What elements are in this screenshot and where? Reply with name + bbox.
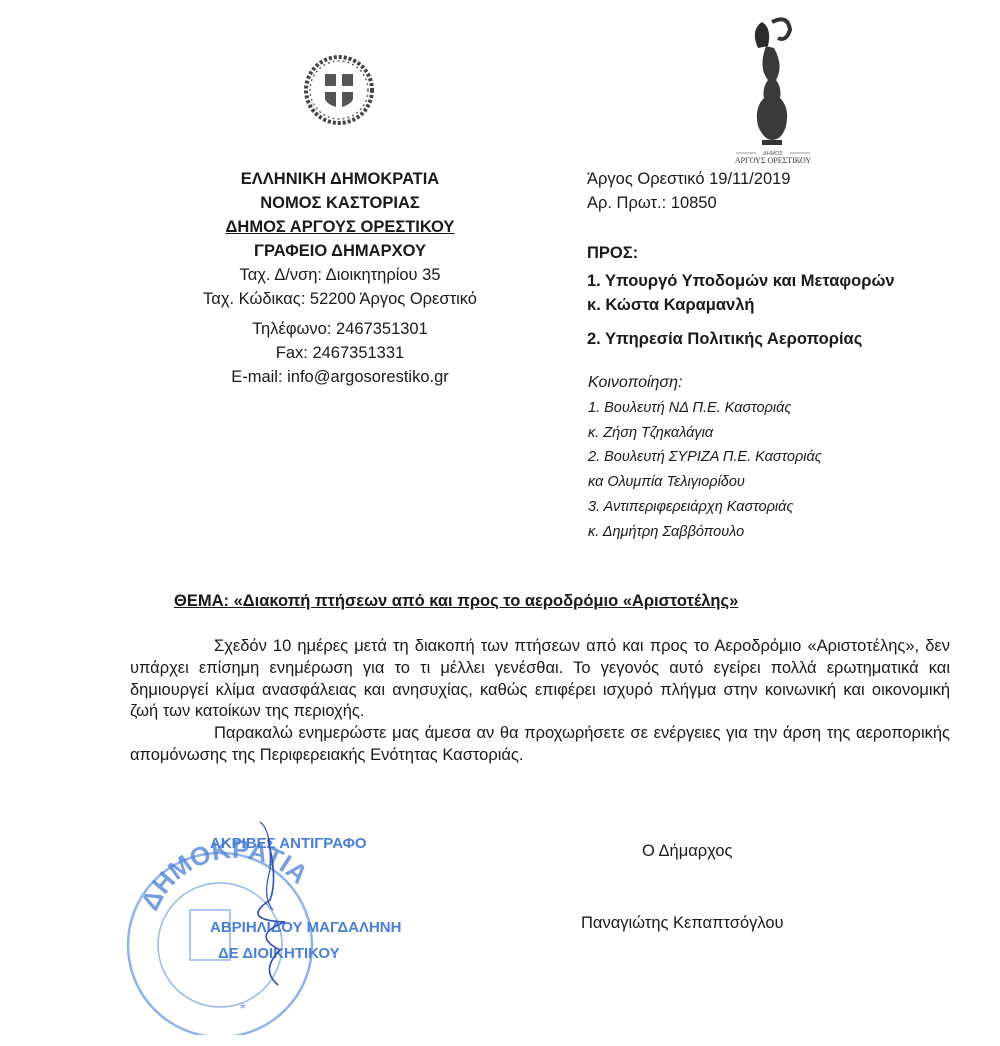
cc-label: Κοινοποίηση: [588, 370, 822, 396]
sender-postal: Ταχ. Κώδικας: 52200 Άργος Ορεστικό [190, 287, 490, 311]
svg-text:ΑΡΓΟΥΣ ΟΡΕΣΤΙΚΟΥ: ΑΡΓΟΥΣ ΟΡΕΣΤΙΚΟΥ [735, 156, 812, 165]
recipients-block: ΠΡΟΣ: 1. Υπουργό Υποδομών και Μεταφορών … [587, 241, 895, 351]
sender-email: E-mail: info@argosorestiko.gr [190, 365, 490, 389]
signature-name: Παναγιώτης Κεπαπτσόγλου [581, 914, 784, 933]
sender-prefecture: ΝΟΜΟΣ ΚΑΣΤΟΡΙΑΣ [190, 191, 490, 215]
cc-line: κ. Δημήτρη Σαββόπουλο [588, 520, 822, 545]
recipients-label: ΠΡΟΣ: [587, 241, 895, 265]
cc-line: 2. Βουλευτή ΣΥΡΙΖΑ Π.Ε. Καστοριάς [588, 445, 822, 470]
sender-fax: Fax: 2467351331 [190, 341, 490, 365]
recipient-line: 2. Υπηρεσία Πολιτικής Αεροπορίας [587, 327, 895, 351]
svg-text:*: * [240, 1000, 246, 1016]
body-paragraph: Παρακαλώ ενημερώστε μας άμεσα αν θα προχ… [130, 723, 950, 767]
recipient-line: κ. Κώστα Καραμανλή [587, 293, 895, 317]
subject-line: ΘΕΜΑ: «Διακοπή πτήσεων από και προς το α… [174, 592, 738, 611]
signature-title: Ο Δήμαρχος [642, 842, 732, 861]
municipality-logo-icon: ΔΗΜΟΣ ΑΡΓΟΥΣ ΟΡΕΣΤΙΚΟΥ [728, 8, 818, 166]
document-meta: Άργος Ορεστικό 19/11/2019 Αρ. Πρωτ.: 108… [587, 167, 790, 215]
body-paragraph: Σχεδόν 10 ημέρες μετά τη διακοπή των πτή… [130, 636, 950, 723]
sender-municipality: ΔΗΜΟΣ ΑΡΓΟΥΣ ΟΡΕΣΤΙΚΟΥ [190, 215, 490, 239]
svg-text:ΑΒΡΙΗΛΙΔΟΥ ΜΑΓΔΑΛΗΝΗ: ΑΒΡΙΗΛΙΔΟΥ ΜΑΓΔΑΛΗΝΗ [210, 919, 401, 936]
official-stamp-icon: ΔΗΜΟΚΡΑΤΙΑ * ΑΚΡΙΒΕΣ ΑΝΤΙΓΡΑΦΟ ΑΒΡΙΗΛΙΔΟ… [110, 810, 410, 1035]
sender-office: ΓΡΑΦΕΙΟ ΔΗΜΑΡΧΟΥ [190, 239, 490, 263]
svg-text:ΑΚΡΙΒΕΣ ΑΝΤΙΓΡΑΦΟ: ΑΚΡΙΒΕΣ ΑΝΤΙΓΡΑΦΟ [210, 835, 367, 852]
letter-body: Σχεδόν 10 ημέρες μετά τη διακοπή των πτή… [130, 636, 950, 767]
sender-address: Ταχ. Δ/νση: Διοικητηρίου 35 [190, 263, 490, 287]
cc-line: 1. Βουλευτή ΝΔ Π.Ε. Καστοριάς [588, 396, 822, 421]
recipient-line: 1. Υπουργό Υποδομών και Μεταφορών [587, 269, 895, 293]
cc-block: Κοινοποίηση: 1. Βουλευτή ΝΔ Π.Ε. Καστορι… [588, 370, 822, 544]
greek-coat-of-arms-icon [301, 52, 377, 128]
sender-phone: Τηλέφωνο: 2467351301 [190, 317, 490, 341]
svg-text:ΔΕ ΔΙΟΙΚΗΤΙΚΟΥ: ΔΕ ΔΙΟΙΚΗΤΙΚΟΥ [218, 945, 340, 962]
sender-country: ΕΛΛΗΝΙΚΗ ΔΗΜΟΚΡΑΤΙΑ [190, 167, 490, 191]
cc-line: κ. Ζήση Τζηκαλάγια [588, 421, 822, 446]
protocol-number: Αρ. Πρωτ.: 10850 [587, 191, 790, 215]
place-date: Άργος Ορεστικό 19/11/2019 [587, 167, 790, 191]
sender-block: ΕΛΛΗΝΙΚΗ ΔΗΜΟΚΡΑΤΙΑ ΝΟΜΟΣ ΚΑΣΤΟΡΙΑΣ ΔΗΜΟ… [190, 167, 490, 389]
cc-line: κα Ολυμπία Τελιγιορίδου [588, 470, 822, 495]
cc-line: 3. Αντιπεριφερειάρχη Καστοριάς [588, 495, 822, 520]
